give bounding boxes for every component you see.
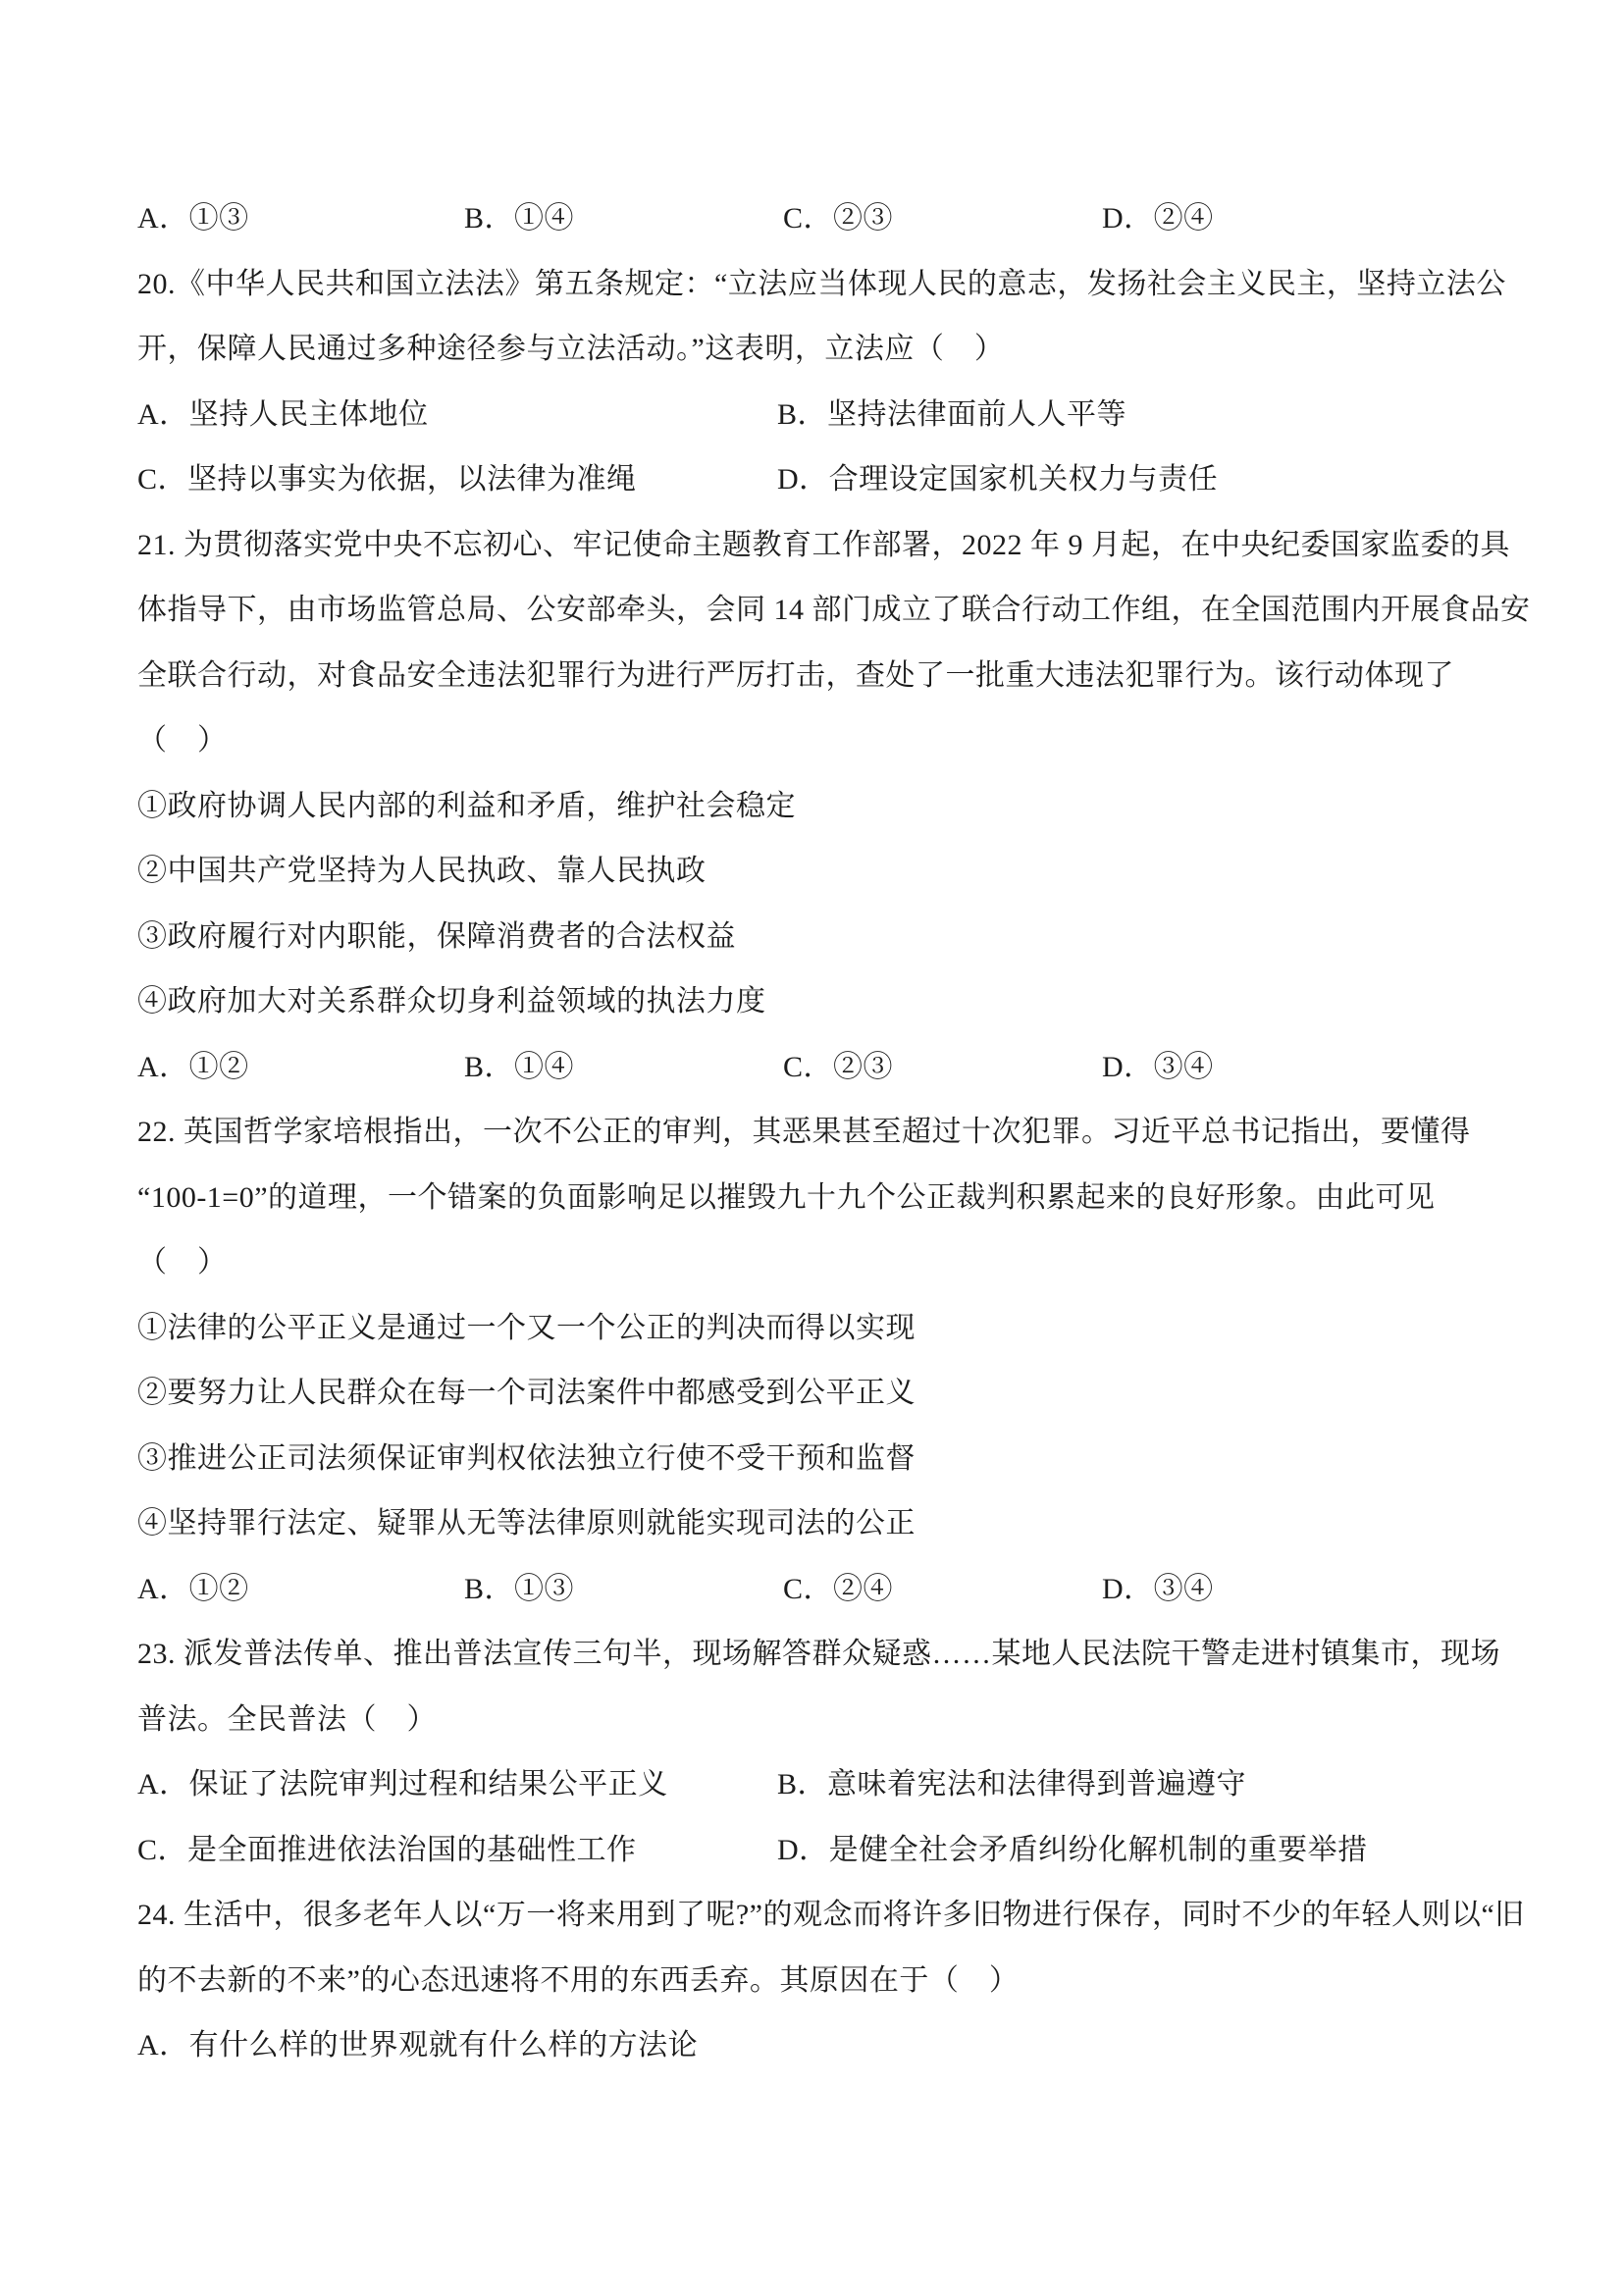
q23-option-b: B．意味着宪法和法律得到普遍遵守 (777, 1752, 1544, 1818)
q22-stem-line-2: “100-1=0”的道理，一个错案的负面影响足以摧毁九十九个公正裁判积累起来的良… (137, 1166, 1544, 1231)
prev-answer-c: C．②③ (783, 186, 1102, 252)
q23-options-cd: C．是全面推进依法治国的基础性工作 D．是健全社会矛盾纠纷化解机制的重要举措 (137, 1818, 1544, 1884)
q22-stem-line-1: 22. 英国哲学家培根指出，一次不公正的审判，其恶果甚至超过十次犯罪。习近平总书… (137, 1100, 1544, 1166)
q23-stem-line-1: 23. 派发普法传单、推出普法宣传三句半，现场解答群众疑惑……某地人民法院干警走… (137, 1622, 1544, 1688)
q20-stem-line-1: 20.《中华人民共和国立法法》第五条规定：“立法应当体现人民的意志，发扬社会主义… (137, 252, 1544, 318)
q21-stem-line-3: 全联合行动，对食品安全违法犯罪行为进行严厉打击，查处了一批重大违法犯罪行为。该行… (137, 644, 1544, 709)
exam-content: A．①③ B．①④ C．②③ D．②④ 20.《中华人民共和国立法法》第五条规定… (0, 0, 1623, 2296)
q22-answer-a: A．①② (137, 1557, 464, 1623)
prev-answer-row: A．①③ B．①④ C．②③ D．②④ (137, 186, 1544, 252)
q22-statement-3: ③推进公正司法须保证审判权依法独立行使不受干预和监督 (137, 1427, 1544, 1492)
q22-statement-4: ④坚持罪行法定、疑罪从无等法律原则就能实现司法的公正 (137, 1491, 1544, 1557)
q21-answer-b: B．①④ (464, 1035, 783, 1101)
exam-page: A．①③ B．①④ C．②③ D．②④ 20.《中华人民共和国立法法》第五条规定… (0, 0, 1623, 2296)
q21-stem-line-1: 21. 为贯彻落实党中央不忘初心、牢记使命主题教育工作部署，2022 年 9 月… (137, 513, 1544, 579)
q21-statement-4: ④政府加大对关系群众切身利益领域的执法力度 (137, 969, 1544, 1035)
q22-stem-line-3-brackets: （ ） (137, 1230, 1544, 1296)
q21-statement-3: ③政府履行对内职能，保障消费者的合法权益 (137, 905, 1544, 970)
prev-answer-a: A．①③ (137, 186, 464, 252)
prev-answer-d: D．②④ (1102, 186, 1544, 252)
q21-answer-a: A．①② (137, 1035, 464, 1101)
q20-option-a: A．坚持人民主体地位 (137, 383, 777, 448)
q22-answer-b: B．①③ (464, 1557, 783, 1623)
q21-stem-line-2: 体指导下，由市场监管总局、公安部牵头，会同 14 部门成立了联合行动工作组，在全… (137, 578, 1544, 644)
q20-options-cd: C．坚持以事实为依据，以法律为准绳 D．合理设定国家机关权力与责任 (137, 447, 1544, 513)
q22-statement-1: ①法律的公平正义是通过一个又一个公正的判决而得以实现 (137, 1296, 1544, 1362)
prev-answer-b: B．①④ (464, 186, 783, 252)
q21-answer-d: D．③④ (1102, 1035, 1544, 1101)
q21-statement-2: ②中国共产党坚持为人民执政、靠人民执政 (137, 839, 1544, 905)
q22-statement-2: ②要努力让人民群众在每一个司法案件中都感受到公平正义 (137, 1361, 1544, 1427)
q21-answer-c: C．②③ (783, 1035, 1102, 1101)
q21-statement-1: ①政府协调人民内部的利益和矛盾，维护社会稳定 (137, 774, 1544, 840)
q23-option-c: C．是全面推进依法治国的基础性工作 (137, 1818, 777, 1884)
q23-option-a: A．保证了法院审判过程和结果公平正义 (137, 1752, 777, 1818)
q22-answer-c: C．②④ (783, 1557, 1102, 1623)
q24-stem-line-2: 的不去新的不来”的心态迅速将不用的东西丢弃。其原因在于（ ） (137, 1949, 1544, 2014)
q21-answer-row: A．①② B．①④ C．②③ D．③④ (137, 1035, 1544, 1101)
q20-option-b: B．坚持法律面前人人平等 (777, 383, 1544, 448)
q23-option-d: D．是健全社会矛盾纠纷化解机制的重要举措 (777, 1818, 1544, 1884)
q20-options-ab: A．坚持人民主体地位 B．坚持法律面前人人平等 (137, 383, 1544, 448)
q23-stem-line-2: 普法。全民普法（ ） (137, 1688, 1544, 1753)
q24-option-a: A．有什么样的世界观就有什么样的方法论 (137, 2013, 1544, 2079)
q22-answer-row: A．①② B．①③ C．②④ D．③④ (137, 1557, 1544, 1623)
q20-option-d: D．合理设定国家机关权力与责任 (777, 447, 1544, 513)
q23-options-ab: A．保证了法院审判过程和结果公平正义 B．意味着宪法和法律得到普遍遵守 (137, 1752, 1544, 1818)
q22-answer-d: D．③④ (1102, 1557, 1544, 1623)
q21-stem-line-4-brackets: （ ） (137, 708, 1544, 774)
q20-stem-line-2: 开，保障人民通过多种途径参与立法活动。”这表明，立法应（ ） (137, 317, 1544, 383)
q20-option-c: C．坚持以事实为依据，以法律为准绳 (137, 447, 777, 513)
q24-stem-line-1: 24. 生活中，很多老年人以“万一将来用到了呢?”的观念而将许多旧物进行保存，同… (137, 1883, 1544, 1949)
